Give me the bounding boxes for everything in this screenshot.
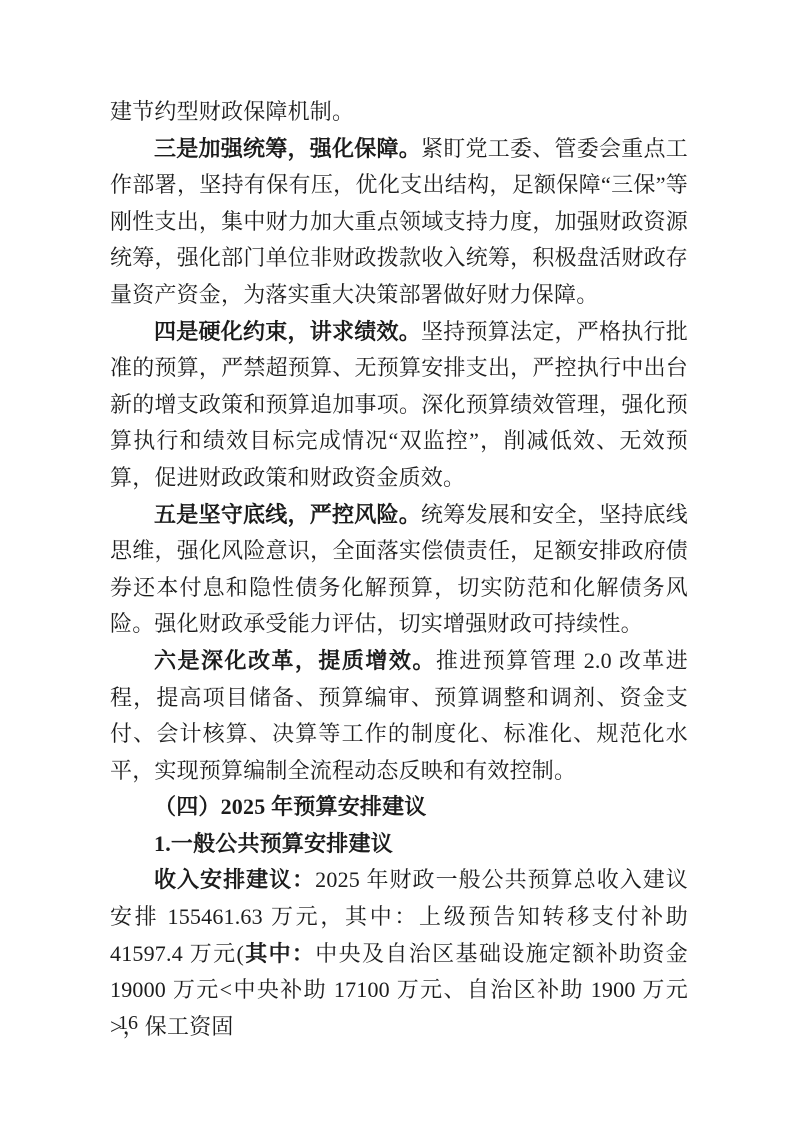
bold-lead-text: 四是硬化约束，讲求绩效。 xyxy=(154,319,421,344)
paragraph-continuation: 建节约型财政保障机制。 xyxy=(110,94,688,131)
bold-lead-text: 其中： xyxy=(244,941,315,966)
heading-section-four: （四）2025 年预算安排建议 xyxy=(110,789,688,826)
bold-lead-text: 收入安排建议： xyxy=(154,867,315,892)
bold-lead-text: 1.一般公共预算安排建议 xyxy=(154,831,393,856)
bold-lead-text: （四）2025 年预算安排建议 xyxy=(154,794,427,819)
document-page: 建节约型财政保障机制。三是加强统筹，强化保障。紧盯党工委、管委会重点工作部署，坚… xyxy=(0,0,793,1122)
bold-lead-text: 三是加强统筹，强化保障。 xyxy=(154,136,421,161)
heading-subsection-one: 1.一般公共预算安排建议 xyxy=(110,826,688,863)
paragraph-revenue-proposal: 收入安排建议：2025 年财政一般公共预算总收入建议安排 155461.63 万… xyxy=(110,862,688,1045)
paragraph-point-four: 四是硬化约束，讲求绩效。坚持预算法定，严格执行批准的预算，严禁超预算、无预算安排… xyxy=(110,314,688,497)
bold-lead-text: 五是坚守底线，严控风险。 xyxy=(154,502,421,527)
body-text: 紧盯党工委、管委会重点工作部署，坚持有保有压，优化支出结构，足额保障“三保”等刚… xyxy=(110,136,688,307)
paragraph-point-six: 六是深化改革，提质增效。推进预算管理 2.0 改革进程，提高项目储备、预算编审、… xyxy=(110,643,688,789)
page-number: 16 xyxy=(118,1008,138,1038)
body-text: 坚持预算法定，严格执行批准的预算，严禁超预算、无预算安排支出，严控执行中出台新的… xyxy=(110,319,688,490)
body-text: 建节约型财政保障机制。 xyxy=(110,99,354,124)
paragraph-point-five: 五是坚守底线，严控风险。统筹发展和安全，坚持底线思维，强化风险意识，全面落实偿债… xyxy=(110,497,688,643)
document-body: 建节约型财政保障机制。三是加强统筹，强化保障。紧盯党工委、管委会重点工作部署，坚… xyxy=(110,94,688,1045)
paragraph-point-three: 三是加强统筹，强化保障。紧盯党工委、管委会重点工作部署，坚持有保有压，优化支出结… xyxy=(110,131,688,314)
bold-lead-text: 六是深化改革，提质增效。 xyxy=(154,648,436,673)
